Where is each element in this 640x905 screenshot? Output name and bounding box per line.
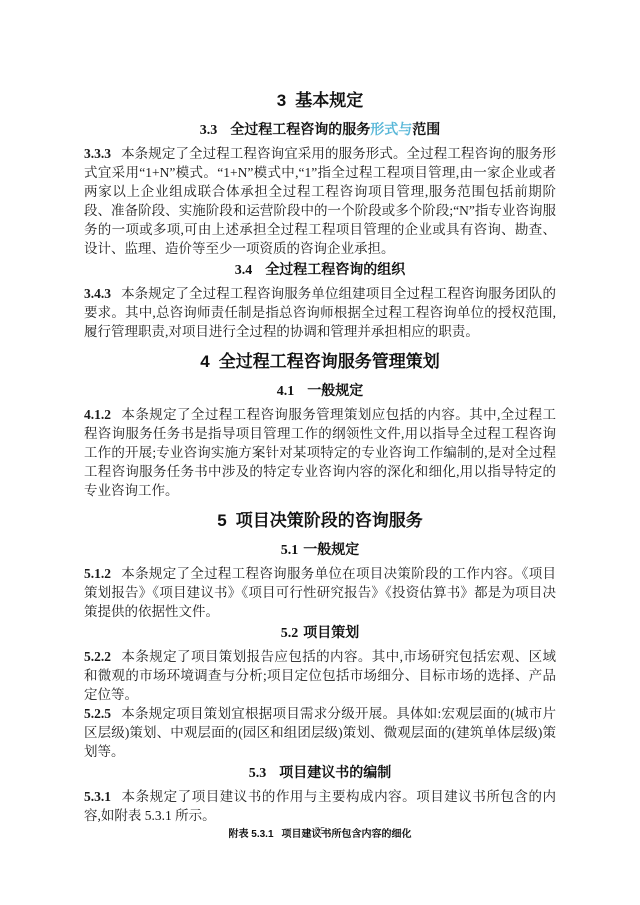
section-5-1-title: 一般规定 [303, 541, 359, 557]
section-4-1-heading: 4.1一般规定 [84, 381, 556, 401]
section-3-3-title-post: 范围 [412, 121, 440, 137]
chapter-4-number: 4 [200, 352, 209, 371]
para-5-2-2-text: 本条规定了项目策划报告应包括的内容。其中,市场研究包括宏观、区域和微观的市场环境… [84, 649, 556, 702]
para-3-4-3: 3.4.3本条规定了全过程工程咨询服务单位组建项目全过程工程咨询服务团队的要求。… [84, 284, 556, 341]
section-4-1-title: 一般规定 [307, 382, 363, 398]
chapter-3-title: 基本规定 [295, 91, 363, 110]
section-5-2-heading: 5.2项目策划 [84, 623, 556, 643]
para-5-2-2-number: 5.2.2 [84, 649, 111, 664]
chapter-4-heading: 4全过程工程咨询服务管理策划 [84, 351, 556, 373]
section-3-3-number: 3.3 [200, 123, 218, 138]
para-5-2-5-text: 本条规定项目策划宜根据项目需求分级开展。具体如:宏观层面的(城市片区层级)策划、… [84, 706, 556, 759]
chapter-5-number: 5 [217, 511, 226, 530]
chapter-3-number: 3 [277, 91, 286, 110]
para-4-1-2-text: 本条规定了全过程工程咨询服务管理策划应包括的内容。其中,全过程工程咨询服务任务书… [84, 407, 556, 498]
para-5-1-2: 5.1.2本条规定了全过程工程咨询服务单位在项目决策阶段的工作内容。《项目策划报… [84, 564, 556, 621]
page-number: 35 [0, 826, 640, 837]
para-5-1-2-number: 5.1.2 [84, 566, 111, 581]
section-5-3-title: 项目建议书的编制 [279, 764, 391, 780]
para-5-3-1: 5.3.1本条规定了项目建议书的作用与主要构成内容。项目建议书所包含的内容,如附… [84, 787, 556, 825]
section-5-2-number: 5.2 [281, 626, 299, 641]
chapter-4-title: 全过程工程咨询服务管理策划 [219, 352, 440, 371]
chapter-5-title: 项目决策阶段的咨询服务 [236, 511, 423, 530]
para-4-1-2: 4.1.2本条规定了全过程工程咨询服务管理策划应包括的内容。其中,全过程工程咨询… [84, 405, 556, 500]
para-5-3-1-text: 本条规定了项目建议书的作用与主要构成内容。项目建议书所包含的内容,如附表 5.3… [84, 789, 556, 823]
chapter-5-heading: 5项目决策阶段的咨询服务 [84, 510, 556, 532]
section-5-1-heading: 5.1一般规定 [84, 540, 556, 560]
section-5-3-number: 5.3 [249, 766, 267, 781]
para-5-1-2-text: 本条规定了全过程工程咨询服务单位在项目决策阶段的工作内容。《项目策划报告》《项目… [84, 566, 556, 619]
para-3-3-3: 3.3.3本条规定了全过程工程咨询宜采用的服务形式。全过程工程咨询的服务形式宜采… [84, 144, 556, 258]
section-3-4-heading: 3.4全过程工程咨询的组织 [84, 260, 556, 280]
para-3-4-3-number: 3.4.3 [84, 286, 111, 301]
para-3-4-3-text: 本条规定了全过程工程咨询服务单位组建项目全过程工程咨询服务团队的要求。其中,总咨… [84, 286, 556, 339]
section-3-3-heading: 3.3全过程工程咨询的服务形式与范围 [84, 120, 556, 140]
section-4-1-number: 4.1 [277, 384, 295, 399]
section-3-4-title: 全过程工程咨询的组织 [265, 261, 405, 277]
para-5-2-5: 5.2.5本条规定项目策划宜根据项目需求分级开展。具体如:宏观层面的(城市片区层… [84, 704, 556, 761]
para-4-1-2-number: 4.1.2 [84, 407, 111, 422]
para-3-3-3-number: 3.3.3 [84, 146, 111, 161]
section-5-3-heading: 5.3项目建议书的编制 [84, 763, 556, 783]
document-page: 3基本规定 3.3全过程工程咨询的服务形式与范围 3.3.3本条规定了全过程工程… [0, 0, 640, 905]
chapter-3-heading: 3基本规定 [84, 90, 556, 112]
para-5-2-2: 5.2.2本条规定了项目策划报告应包括的内容。其中,市场研究包括宏观、区域和微观… [84, 647, 556, 704]
section-3-4-number: 3.4 [235, 263, 253, 278]
page-content: 3基本规定 3.3全过程工程咨询的服务形式与范围 3.3.3本条规定了全过程工程… [84, 90, 556, 842]
para-5-3-1-number: 5.3.1 [84, 789, 111, 804]
section-3-3-title-pre: 全过程工程咨询的服务 [230, 121, 370, 137]
section-3-3-highlighted-text: 形式与 [370, 121, 412, 137]
section-5-2-title: 项目策划 [303, 624, 359, 640]
para-3-3-3-text: 本条规定了全过程工程咨询宜采用的服务形式。全过程工程咨询的服务形式宜采用“1+N… [84, 146, 556, 256]
section-5-1-number: 5.1 [281, 543, 299, 558]
para-5-2-5-number: 5.2.5 [84, 706, 111, 721]
